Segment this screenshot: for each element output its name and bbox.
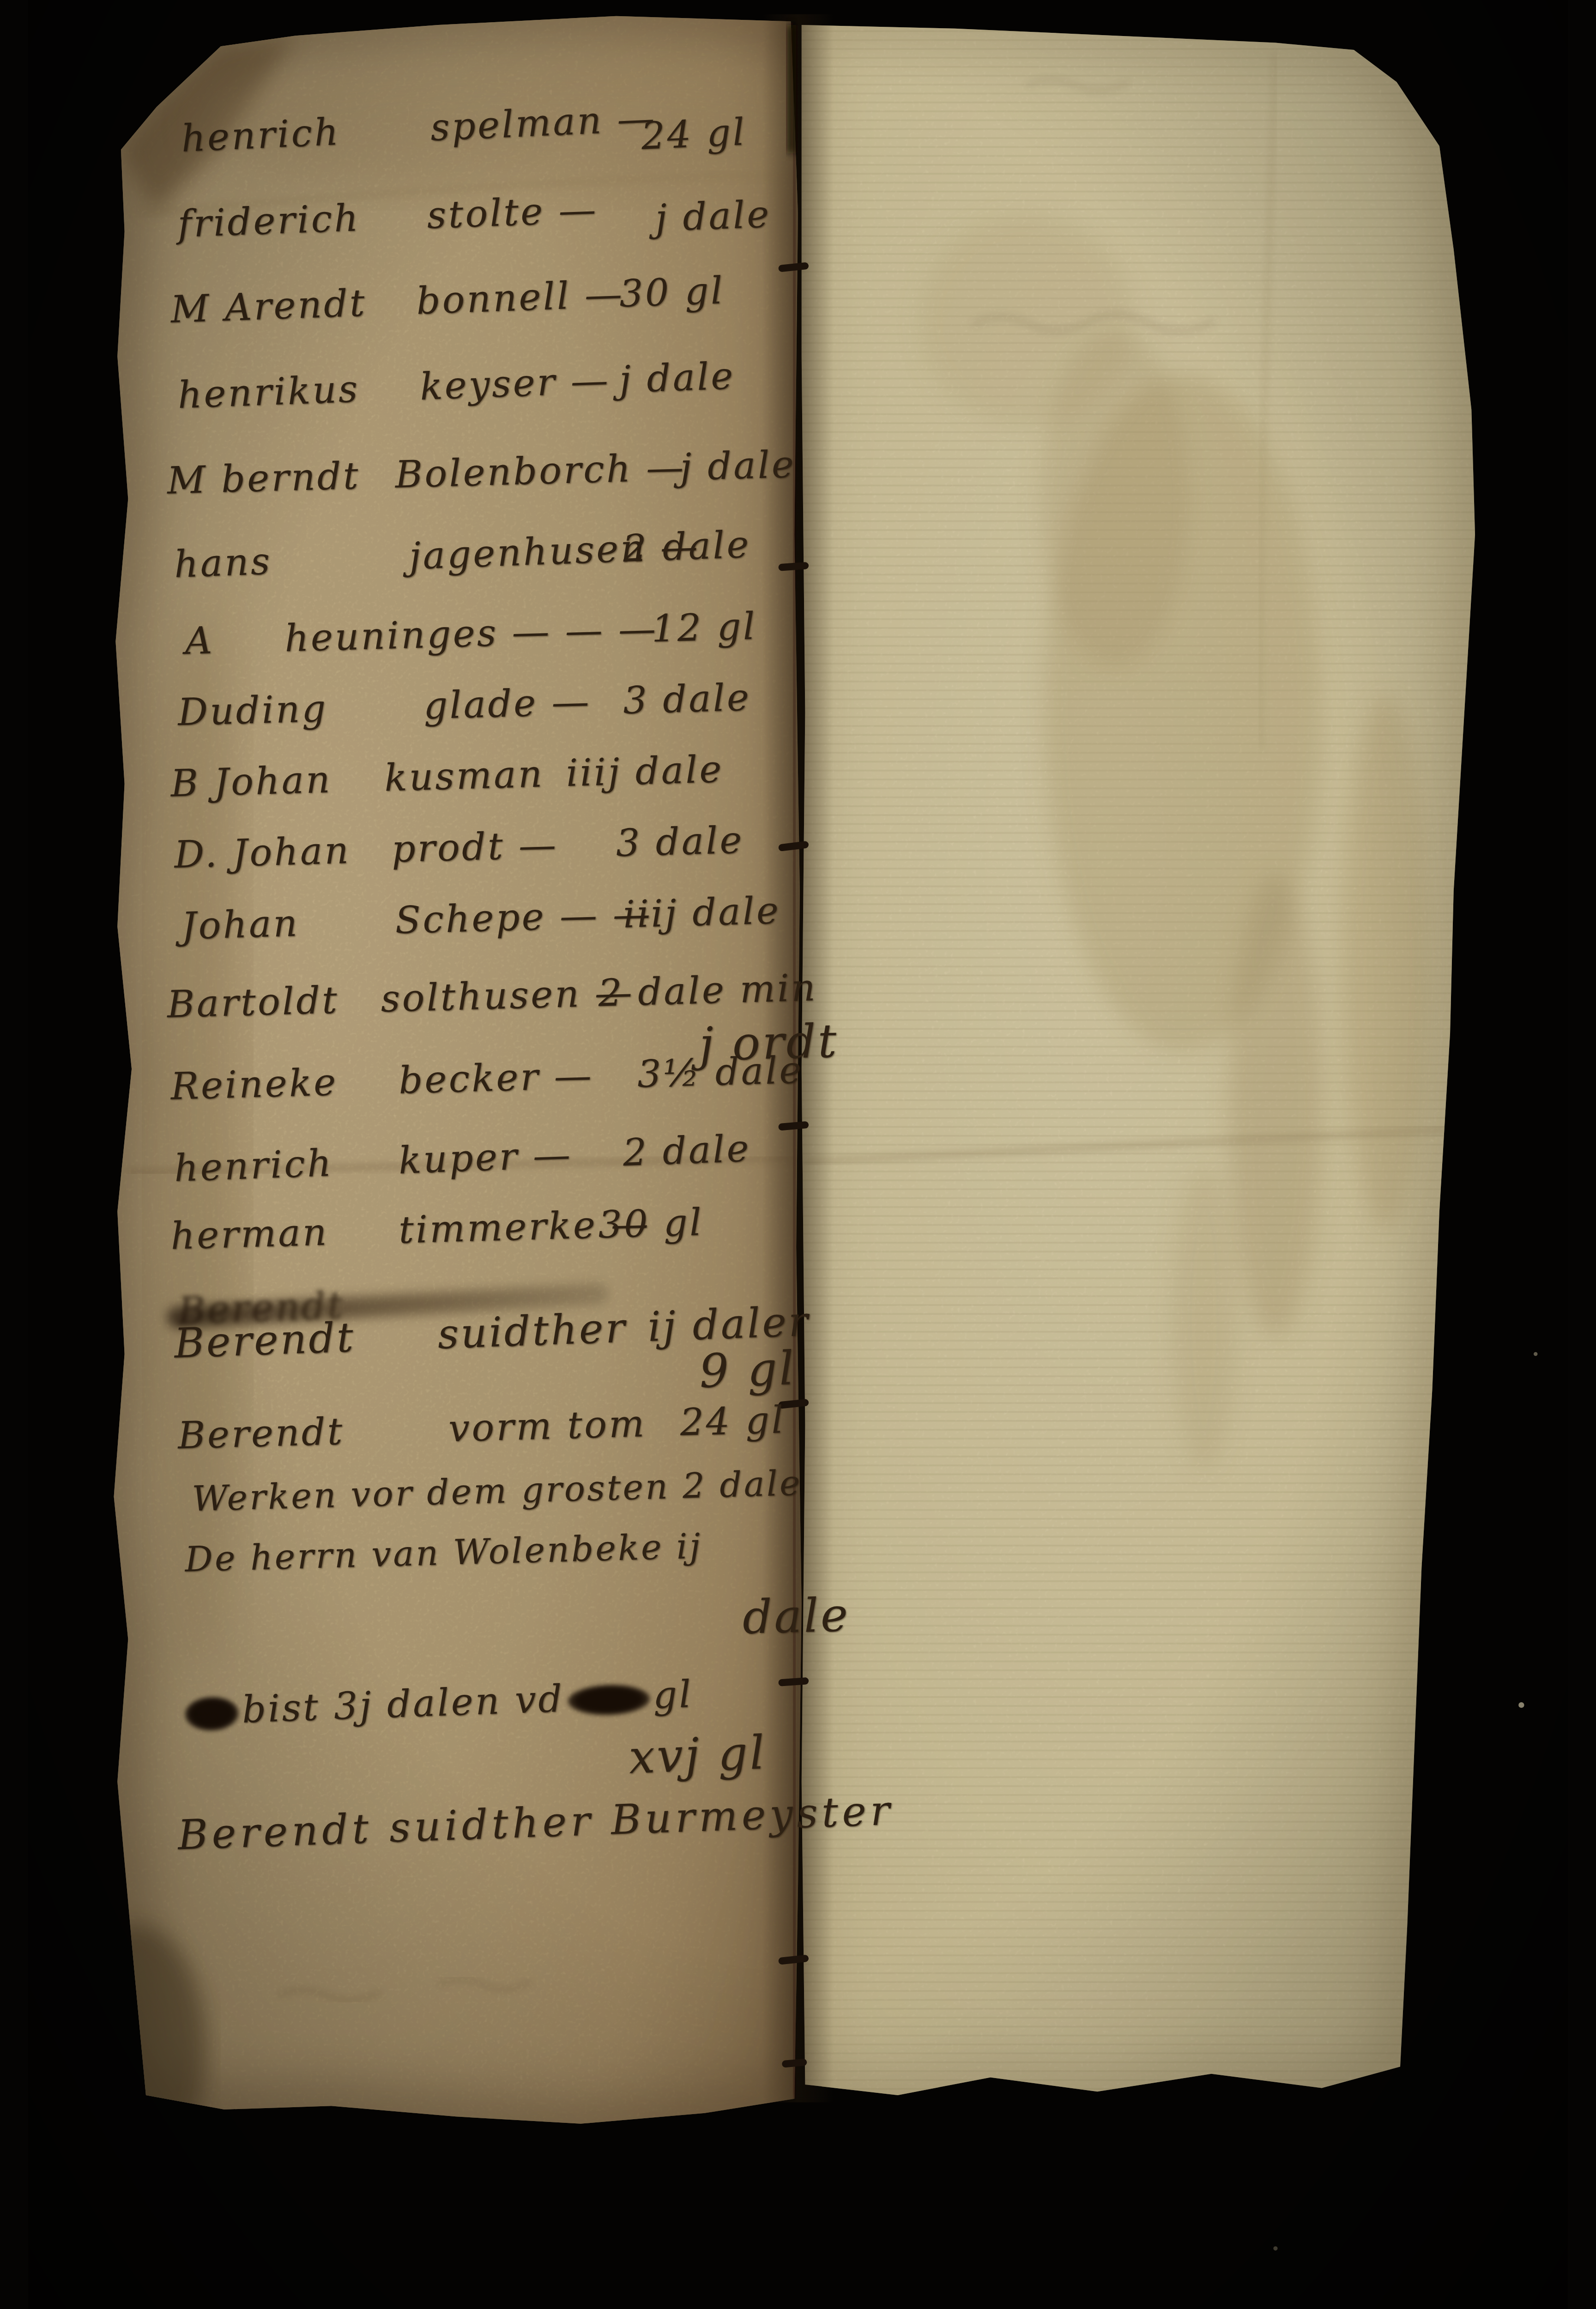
entry-amount: 3½ dale	[637, 1049, 804, 1096]
entry-name: Johan	[181, 902, 300, 948]
ledger-entry: henrichkuper —2 dale	[174, 1148, 175, 1204]
ledger-entry: Bartoldtsolthusen —2 dale minj ordt	[167, 984, 168, 1040]
ink-blot	[185, 1696, 239, 1731]
ledger-entry: Reinekebecker —3½ dale	[170, 1065, 171, 1122]
entry-surname: prodt —	[391, 824, 559, 871]
manuscript-photo: henrichspelman —24 glfriderichstolte —j …	[28, 0, 1567, 2309]
entry-amount: 2 dale	[622, 1127, 751, 1174]
ledger-entry: Werken vor dem grosten 2 dale	[192, 1479, 193, 1535]
entry-name: B Johan	[170, 758, 332, 805]
entry-amount: 3 dale	[623, 676, 751, 722]
entry-surname: kuper —	[398, 1134, 573, 1183]
ledger-entry: Aheuninges — — —12 gl	[184, 620, 186, 677]
entry-surname: spelman —	[429, 97, 657, 150]
entry-name: hans	[174, 540, 272, 586]
entry-text: bist 3j dalen vd	[241, 1677, 564, 1731]
entry-surname: Bolenborch —	[394, 446, 686, 496]
entry-amount: 3 dale	[616, 819, 744, 865]
ledger-entry: M Arendtbonnell —30 gl	[170, 289, 172, 345]
entry-amount-secondary: dale	[742, 1590, 850, 1646]
entry-name: Berendt	[174, 1316, 356, 1368]
entry-name: henrich	[180, 111, 341, 161]
ledger-entry: De herrn van Wolenbeke ijdale	[184, 1539, 186, 1596]
ledger-entry: friderichstolte —j dale	[177, 203, 179, 260]
ledger-entry: Berendtsuidtherij daler9 gl	[174, 1322, 175, 1379]
entry-surname: suidther	[437, 1306, 628, 1359]
ledger-entry: M berndtBolenborch —j dale	[167, 459, 168, 516]
entry-surname: keyser —	[419, 359, 611, 409]
ledger-text: henrichspelman —24 glfriderichstolte —j …	[28, 0, 1567, 2309]
entry-name: Berendt	[177, 1410, 345, 1457]
entry-surname: stolte —	[426, 188, 598, 237]
entry-surname: kusman	[384, 753, 544, 800]
entry-amount: 12 gl	[651, 605, 757, 651]
entry-name: henrikus	[177, 368, 360, 417]
entry-text: gl	[652, 1673, 693, 1717]
signature-line: Berendt suidther Burmeyster	[177, 1814, 179, 1871]
entry-amount: j dale	[654, 193, 771, 240]
entry-amount: j dale	[679, 443, 796, 489]
entry-name: D. Johan	[174, 829, 351, 877]
entry-surname: heuninges — — —	[284, 608, 658, 660]
ledger-entry: JohanSchepe — —iiij dale	[181, 905, 182, 962]
ledger-entry: Berendtvorm tom24 gl	[177, 1414, 179, 1471]
entry-text: Werken vor dem grosten 2 dale	[192, 1463, 803, 1520]
entry-amount: 30 gl	[618, 269, 725, 315]
ledger-entry: D. Johanprodt —3 dale	[174, 834, 175, 891]
ledger-entry: hermantimmerke —30 gl	[170, 1215, 171, 1272]
entry-name: Reineke	[170, 1061, 338, 1108]
entry-amount: 24 gl	[641, 111, 748, 158]
entry-surname: Schepe — —	[394, 893, 653, 942]
entry-amount: iiij dale	[623, 889, 781, 936]
entry-amount: 2 dale	[622, 523, 751, 570]
entry-name: Bartoldt	[167, 979, 340, 1026]
entry-amount: 24 gl	[679, 1399, 786, 1445]
ink-blot	[567, 1683, 650, 1717]
entry-surname: solthusen —	[380, 971, 635, 1021]
signature-text: Berendt suidther Burmeyster	[177, 1789, 895, 1860]
entry-surname: bonnell —	[416, 273, 625, 323]
ledger-entry: B Johankusmaniiij dale	[170, 762, 171, 819]
entry-amount: j dale	[618, 355, 735, 401]
entry-amount: 30 gl	[598, 1201, 704, 1247]
ledger-entry: henrikuskeyser —j dale	[177, 374, 179, 431]
entry-name: henrich	[174, 1142, 334, 1191]
ledger-entry: henrichspelman —24 gl	[180, 118, 182, 175]
entry-surname: vorm tom	[448, 1402, 647, 1451]
entry-name: Duding	[177, 687, 328, 734]
entry-amount: iiij dale	[566, 748, 724, 795]
entry-name: A	[184, 619, 214, 663]
entry-surname: glade —	[423, 681, 592, 728]
ledger-entry: Dudingglade —3 dale	[177, 691, 179, 748]
entry-name: friderich	[177, 197, 361, 246]
entry-name: M Arendt	[170, 282, 367, 331]
ledger-entry: bist 3j dalen vdglxvj gl	[181, 1673, 694, 1748]
ledger-entry: hansjagenhusen —2 dale	[174, 544, 175, 600]
entry-amount: 2 dale min	[598, 967, 818, 1015]
entry-amount-secondary: 9 gl	[698, 1343, 797, 1400]
entry-name: herman	[170, 1211, 329, 1258]
entry-text: De herrn van Wolenbeke ij	[184, 1526, 702, 1580]
entry-amount-secondary: xvj gl	[628, 1728, 768, 1786]
entry-name: M berndt	[167, 454, 361, 502]
entry-surname: becker —	[398, 1054, 594, 1102]
